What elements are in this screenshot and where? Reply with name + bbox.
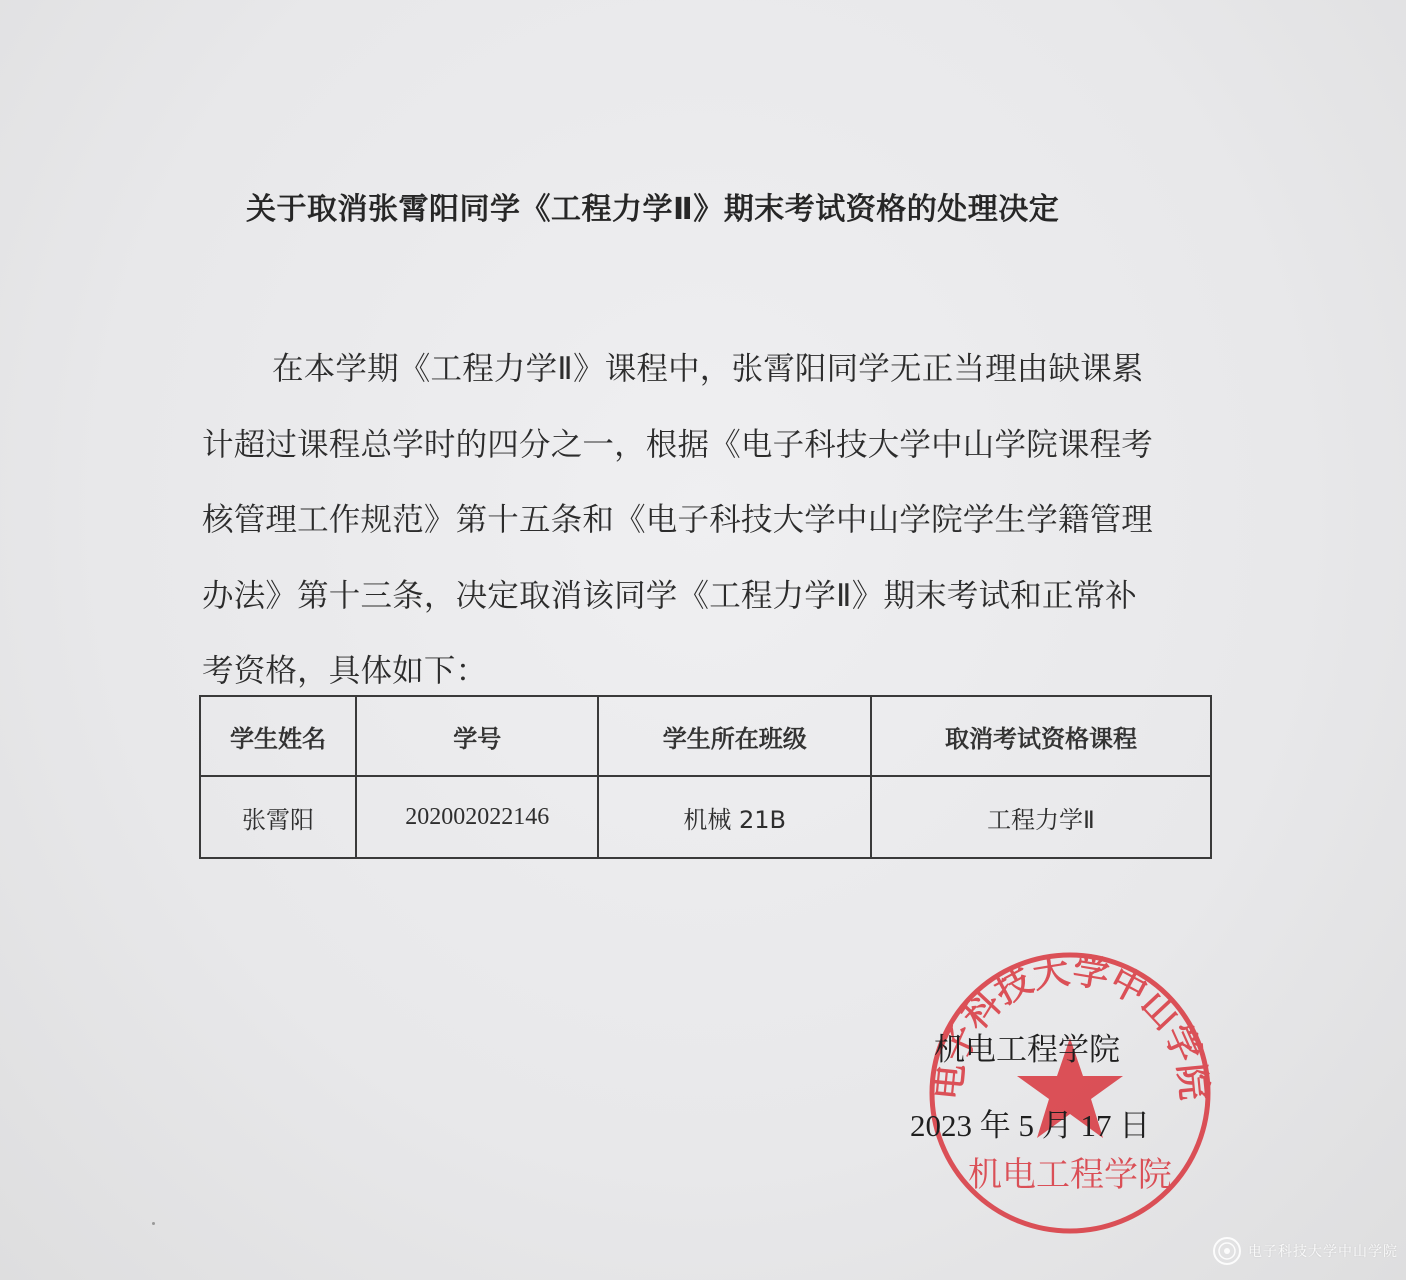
cell-cancelled-course: 工程力学Ⅱ: [871, 776, 1211, 858]
university-logo-icon: [1212, 1236, 1242, 1266]
header-class: 学生所在班级: [598, 696, 870, 776]
body-line: 计超过课程总学时的四分之一，根据《电子科技大学中山学院课程考: [202, 408, 1210, 484]
table-row: 张霄阳 202002022146 机械 21B 工程力学Ⅱ: [200, 776, 1211, 858]
watermark-text: 电子科技大学中山学院: [1248, 1241, 1398, 1261]
watermark: 电子科技大学中山学院: [1212, 1236, 1398, 1266]
cell-student-id: 202002022146: [356, 776, 599, 858]
body-line: 办法》第十三条，决定取消该同学《工程力学Ⅱ》期末考试和正常补: [202, 559, 1210, 635]
header-student-id: 学号: [356, 696, 599, 776]
body-line: 核管理工作规范》第十五条和《电子科技大学中山学院学生学籍管理: [202, 483, 1210, 559]
header-student-name: 学生姓名: [200, 696, 356, 776]
document-body: 在本学期《工程力学Ⅱ》课程中，张霄阳同学无正当理由缺课累 计超过课程总学时的四分…: [202, 332, 1210, 710]
paper-speck: [152, 1222, 155, 1225]
signing-department: 机电工程学院: [934, 1024, 1120, 1069]
seal-inner-text: 机电工程学院: [968, 1155, 1172, 1195]
table-header-row: 学生姓名 学号 学生所在班级 取消考试资格课程: [200, 696, 1211, 776]
signing-date: 2023 年 5 月 17 日: [910, 1100, 1150, 1145]
document-title: 关于取消张霄阳同学《工程力学Ⅱ》期末考试资格的处理决定: [246, 184, 1166, 228]
official-seal-icon: 电子科技大学中山学院 机电工程学院: [925, 948, 1215, 1238]
body-line: 在本学期《工程力学Ⅱ》课程中，张霄阳同学无正当理由缺课累: [202, 332, 1210, 408]
student-info-table: 学生姓名 学号 学生所在班级 取消考试资格课程 张霄阳 202002022146…: [199, 695, 1212, 859]
header-cancelled-course: 取消考试资格课程: [871, 696, 1211, 776]
cell-class: 机械 21B: [598, 776, 870, 858]
cell-student-name: 张霄阳: [200, 776, 356, 858]
